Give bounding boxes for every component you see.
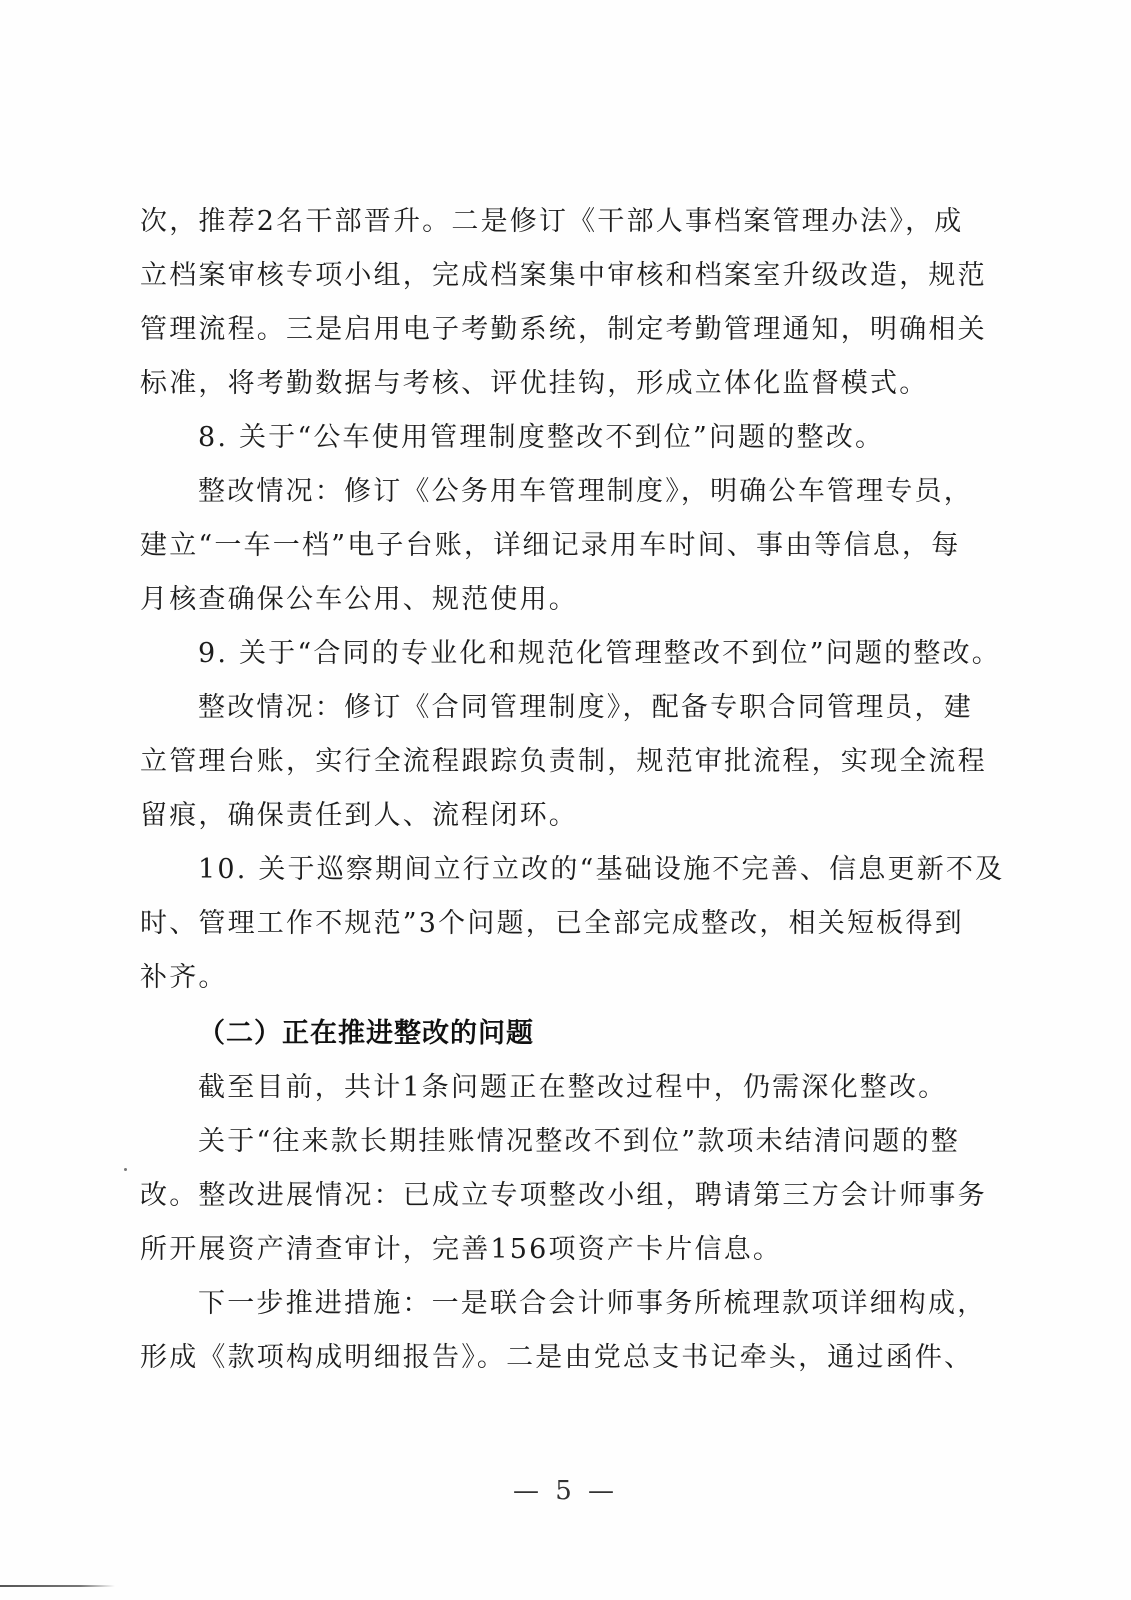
text-line: 立管理台账，实行全流程跟踪负责制，规范审批流程，实现全流程 <box>140 745 960 779</box>
text-line: 留痕，确保责任到人、流程闭环。 <box>140 799 960 833</box>
scan-edge-line <box>0 1585 115 1587</box>
text-line: 时、管理工作不规范”3个问题，已全部完成整改，相关短板得到 <box>140 907 960 941</box>
text-line: 整改情况：修订《合同管理制度》，配备专职合同管理员，建 <box>198 691 960 725</box>
text-line: 立档案审核专项小组，完成档案集中审核和档案室升级改造，规范 <box>140 259 960 293</box>
text-line: 改。整改进展情况：已成立专项整改小组，聘请第三方会计师事务 <box>140 1179 960 1213</box>
text-line: 所开展资产清查审计，完善156项资产卡片信息。 <box>140 1233 960 1267</box>
scan-speck <box>124 1168 127 1171</box>
text-line: 标准，将考勤数据与考核、评优挂钩，形成立体化监督模式。 <box>140 367 960 401</box>
text-line: 补齐。 <box>140 961 960 995</box>
text-line: 次，推荐2名干部晋升。二是修订《干部人事档案管理办法》，成 <box>140 205 960 239</box>
text-line: 管理流程。三是启用电子考勤系统，制定考勤管理通知，明确相关 <box>140 313 960 347</box>
text-line: 关于“往来款长期挂账情况整改不到位”款项未结清问题的整 <box>198 1125 960 1159</box>
section-heading: （二）正在推进整改的问题 <box>198 1017 534 1051</box>
text-line: 形成《款项构成明细报告》。二是由党总支书记牵头，通过函件、 <box>140 1341 960 1375</box>
item-9-title: 9. 关于“合同的专业化和规范化管理整改不到位”问题的整改。 <box>198 637 960 671</box>
text-line: 整改情况：修订《公务用车管理制度》，明确公车管理专员， <box>198 475 960 509</box>
page-number: — 5 — <box>0 1476 1131 1506</box>
item-8-title: 8. 关于“公车使用管理制度整改不到位”问题的整改。 <box>198 421 960 455</box>
text-line: 截至目前，共计1条问题正在整改过程中，仍需深化整改。 <box>198 1071 960 1105</box>
item-10-title: 10. 关于巡察期间立行立改的“基础设施不完善、信息更新不及 <box>198 853 960 887</box>
text-line: 月核查确保公车公用、规范使用。 <box>140 583 960 617</box>
text-line: 下一步推进措施：一是联合会计师事务所梳理款项详细构成， <box>198 1287 960 1321</box>
text-line: 建立“一车一档”电子台账，详细记录用车时间、事由等信息，每 <box>140 529 960 563</box>
document-page: 次，推荐2名干部晋升。二是修订《干部人事档案管理办法》，成 立档案审核专项小组，… <box>0 0 1131 1600</box>
